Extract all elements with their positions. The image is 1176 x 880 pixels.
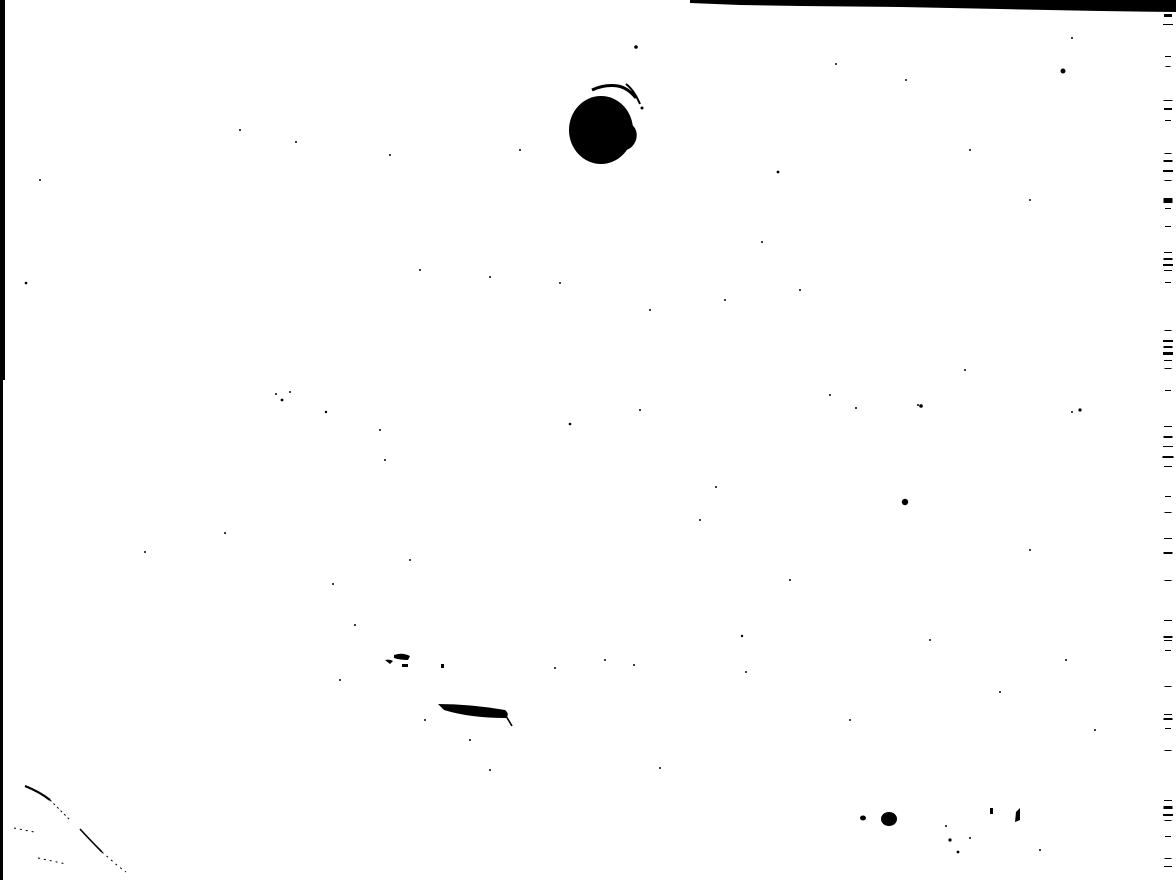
speckle bbox=[239, 129, 241, 131]
speckle bbox=[741, 635, 743, 637]
edge-tick bbox=[1163, 352, 1173, 355]
speckle bbox=[835, 63, 837, 65]
speckle bbox=[489, 769, 491, 771]
speckle bbox=[724, 299, 726, 301]
speckle bbox=[761, 241, 763, 243]
speckle bbox=[39, 179, 41, 181]
edge-tick bbox=[1165, 512, 1172, 513]
speckle bbox=[339, 679, 341, 681]
speckle bbox=[281, 399, 284, 402]
edge-tick bbox=[1164, 270, 1172, 271]
speckle bbox=[829, 394, 831, 396]
edge-tick bbox=[1165, 153, 1172, 154]
speckle bbox=[25, 282, 28, 285]
edge-tick bbox=[1165, 580, 1172, 581]
speckle bbox=[945, 825, 947, 827]
edge-tick bbox=[1164, 538, 1172, 539]
speckle bbox=[424, 719, 426, 721]
edge-tick bbox=[1164, 552, 1173, 554]
speckle bbox=[639, 409, 641, 411]
edge-tick bbox=[1165, 226, 1171, 227]
edge-tick bbox=[1164, 160, 1173, 162]
edge-tick bbox=[1165, 858, 1172, 859]
edge-tick bbox=[1165, 686, 1172, 687]
speckle bbox=[799, 289, 801, 291]
speckle bbox=[354, 624, 356, 626]
speckle bbox=[569, 423, 572, 426]
edge-tick bbox=[1164, 800, 1172, 801]
speckle bbox=[849, 719, 851, 721]
speckle bbox=[715, 486, 717, 488]
speckle bbox=[999, 691, 1001, 693]
edge-tick bbox=[1165, 368, 1172, 369]
edge-tick bbox=[1165, 820, 1172, 821]
speckle bbox=[389, 154, 391, 156]
speckle bbox=[559, 282, 561, 284]
speckle bbox=[419, 269, 421, 271]
edge-tick bbox=[1165, 120, 1171, 121]
speckle bbox=[855, 407, 857, 409]
speckle bbox=[902, 499, 908, 505]
speckle bbox=[379, 429, 381, 431]
left-edge-strip-segment bbox=[3, 0, 5, 380]
edge-tick bbox=[1164, 252, 1172, 253]
speckle bbox=[964, 369, 966, 371]
speckle bbox=[634, 45, 638, 49]
edge-tick bbox=[1164, 718, 1173, 720]
speckle bbox=[957, 851, 960, 854]
speckle bbox=[1078, 408, 1081, 411]
edge-tick bbox=[1164, 258, 1173, 260]
edge-tick bbox=[1166, 66, 1171, 67]
speckle bbox=[777, 171, 780, 174]
edge-tick bbox=[1164, 866, 1172, 867]
speckle bbox=[1029, 199, 1031, 201]
speckle bbox=[1071, 37, 1073, 39]
speckle bbox=[1039, 849, 1041, 851]
edge-tick bbox=[1164, 346, 1173, 348]
edge-tick bbox=[1165, 836, 1171, 837]
edge-tick bbox=[1164, 620, 1172, 621]
edge-tick bbox=[1165, 728, 1171, 729]
edge-tick bbox=[1163, 814, 1173, 816]
edge-tick bbox=[1165, 208, 1171, 209]
edge-tick bbox=[1164, 14, 1172, 17]
edge-tick bbox=[1164, 198, 1173, 203]
speckle bbox=[969, 149, 971, 151]
edge-tick bbox=[1165, 180, 1172, 181]
speckle bbox=[332, 583, 334, 585]
speckle bbox=[144, 551, 146, 553]
speckle bbox=[1071, 411, 1073, 413]
edge-tick bbox=[1164, 108, 1172, 110]
speckle bbox=[275, 393, 277, 395]
speckle bbox=[917, 404, 919, 406]
edge-tick bbox=[1163, 456, 1174, 458]
speckle bbox=[745, 671, 747, 673]
speckle bbox=[699, 519, 701, 521]
speckle bbox=[384, 459, 386, 461]
speckle bbox=[1061, 69, 1066, 74]
speckle bbox=[1065, 659, 1067, 661]
edge-tick bbox=[1164, 806, 1173, 809]
speckle bbox=[929, 639, 931, 641]
speckle bbox=[641, 107, 644, 110]
edge-tick bbox=[1164, 640, 1172, 641]
speckle bbox=[969, 837, 971, 839]
edge-tick bbox=[1163, 24, 1173, 25]
edge-tick bbox=[1165, 390, 1171, 391]
edge-tick bbox=[1164, 636, 1173, 638]
edge-tick bbox=[1165, 650, 1171, 651]
speckle bbox=[224, 532, 226, 534]
edge-tick bbox=[1165, 56, 1171, 57]
edge-tick bbox=[1163, 446, 1173, 447]
speckle bbox=[649, 309, 651, 311]
edge-tick bbox=[1165, 330, 1172, 331]
edge-tick bbox=[1164, 100, 1173, 101]
speckle bbox=[905, 79, 907, 81]
speckle bbox=[469, 739, 471, 741]
speckle bbox=[325, 411, 327, 413]
scanned-photo bbox=[0, 0, 1176, 880]
edge-tick bbox=[1163, 170, 1173, 172]
speckle bbox=[289, 391, 291, 393]
edge-tick bbox=[1164, 436, 1173, 438]
speckle bbox=[1029, 549, 1031, 551]
speckle bbox=[604, 659, 606, 661]
speckle bbox=[659, 767, 661, 769]
speckle bbox=[295, 141, 297, 143]
edge-tick bbox=[1165, 282, 1171, 283]
speckle bbox=[633, 664, 635, 666]
edge-tick bbox=[1165, 496, 1171, 497]
edge-tick bbox=[1164, 466, 1172, 467]
speckle bbox=[409, 559, 411, 561]
edge-tick bbox=[1163, 340, 1173, 342]
speckle bbox=[519, 149, 521, 151]
left-edge-strip bbox=[0, 0, 3, 880]
speckle bbox=[489, 276, 491, 278]
speckle bbox=[919, 404, 923, 408]
edge-tick bbox=[1165, 750, 1172, 751]
edge-tick bbox=[1164, 426, 1172, 427]
edge-tick bbox=[1164, 360, 1172, 361]
speckle bbox=[948, 838, 951, 841]
speckle bbox=[554, 667, 556, 669]
speckle bbox=[1094, 729, 1096, 731]
edge-tick bbox=[1163, 264, 1173, 266]
speckle bbox=[789, 579, 791, 581]
edge-tick bbox=[1164, 714, 1172, 715]
